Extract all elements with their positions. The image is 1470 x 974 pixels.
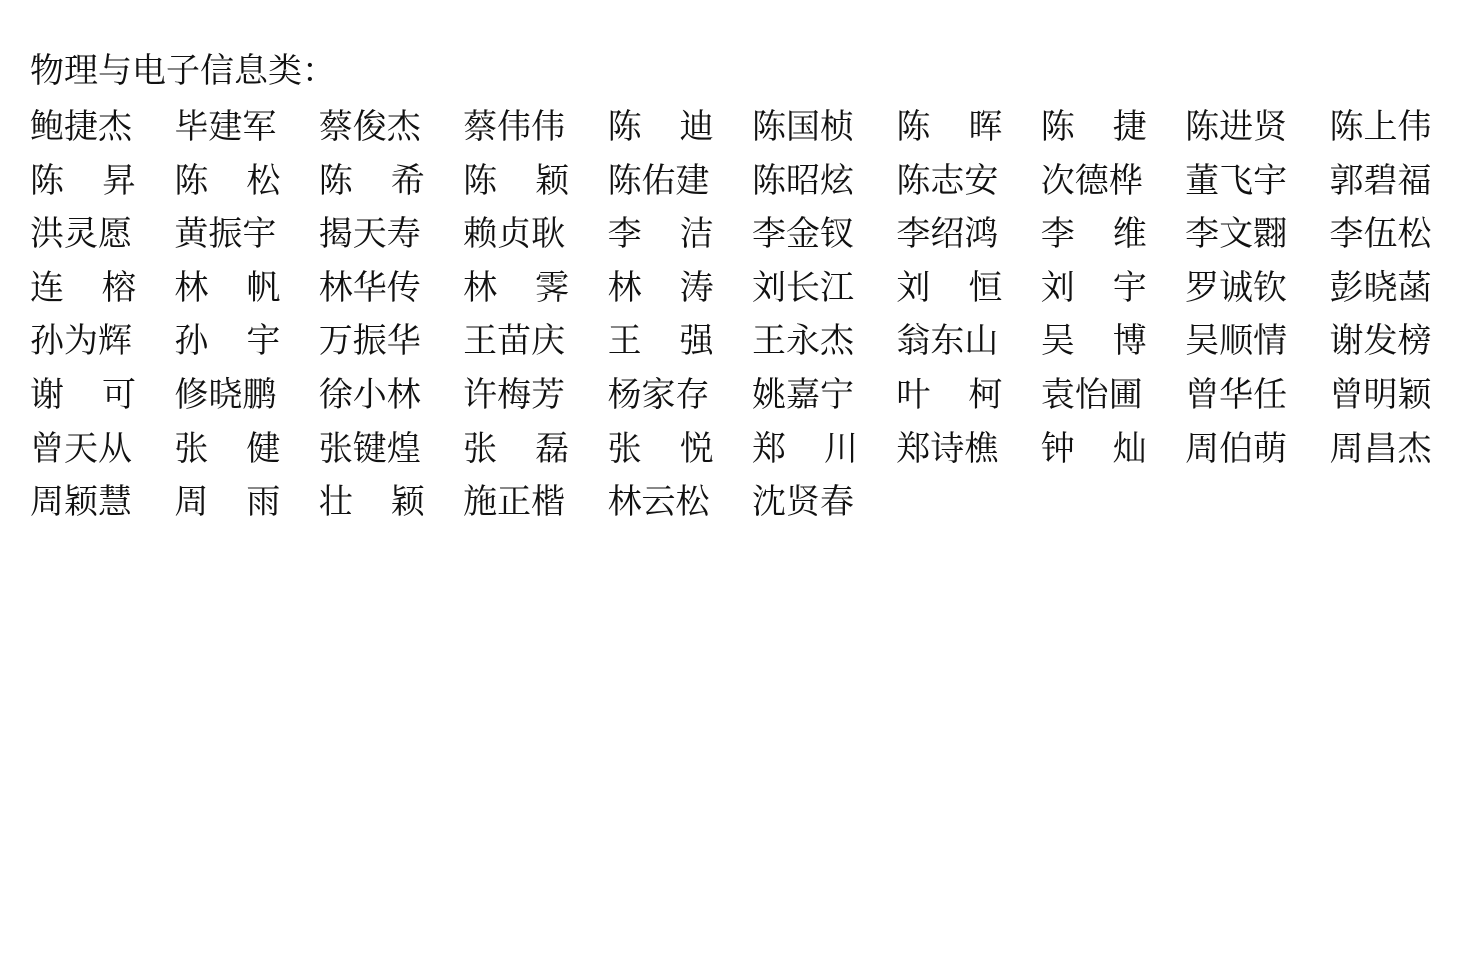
name-entry: 周雨: [174, 476, 280, 530]
name-entry: 蔡伟伟: [463, 101, 569, 155]
name-char: 洁: [680, 208, 714, 262]
name-char: 林: [463, 262, 497, 316]
name-char: 连: [30, 262, 64, 316]
name-char: 吴: [1041, 315, 1075, 369]
name-char: 可: [102, 369, 136, 423]
name-entry: 施正楷: [463, 476, 569, 530]
name-entry: 修晓鹏: [174, 369, 280, 423]
name-char: 灿: [1113, 423, 1147, 477]
name-entry: 陈捷: [1041, 101, 1147, 155]
name-entry: 陈晖: [896, 101, 1002, 155]
name-entry: 李洁: [608, 208, 714, 262]
name-char: 陈: [463, 155, 497, 209]
name-char: 晖: [968, 101, 1002, 155]
name-entry: 姚嘉宁: [752, 369, 858, 423]
name-char: 陈: [319, 155, 353, 209]
name-entry: 曾华任: [1185, 369, 1291, 423]
name-char: 林: [174, 262, 208, 316]
name-entry: 陈佑建: [608, 155, 714, 209]
name-entry: 袁怡圃: [1041, 369, 1147, 423]
name-char: 悦: [680, 423, 714, 477]
name-entry: 徐小林: [319, 369, 425, 423]
name-char: 宇: [1113, 262, 1147, 316]
name-entry: 林涛: [608, 262, 714, 316]
category-heading: 物理与电子信息类：: [30, 48, 1450, 94]
name-entry: 曾明颖: [1330, 369, 1436, 423]
name-entry: 周伯萌: [1185, 423, 1291, 477]
name-entry: 李文翾: [1185, 208, 1291, 262]
name-entry: 杨家存: [608, 369, 714, 423]
name-entry: 鲍捷杰: [30, 101, 136, 155]
name-entry: 陈颖: [463, 155, 569, 209]
name-entry: 王强: [608, 315, 714, 369]
name-char: 柯: [968, 369, 1002, 423]
name-entry: 翁东山: [896, 315, 1002, 369]
name-entry: 吴博: [1041, 315, 1147, 369]
name-char: 周: [174, 476, 208, 530]
name-char: 张: [174, 423, 208, 477]
name-entry: 赖贞耿: [463, 208, 569, 262]
name-entry: 陈希: [319, 155, 425, 209]
name-char: 张: [463, 423, 497, 477]
name-char: 希: [391, 155, 425, 209]
name-char: 张: [608, 423, 642, 477]
name-entry: 周昌杰: [1330, 423, 1436, 477]
name-char: 昇: [102, 155, 136, 209]
name-entry: 张磊: [463, 423, 569, 477]
name-char: 颖: [535, 155, 569, 209]
name-char: 郑: [752, 423, 786, 477]
name-entry: 毕建军: [174, 101, 280, 155]
name-char: 刘: [896, 262, 930, 316]
name-entry: 林帆: [174, 262, 280, 316]
name-entry: 谢可: [30, 369, 136, 423]
name-char: 涛: [680, 262, 714, 316]
name-char: 林: [608, 262, 642, 316]
name-entry: 许梅芳: [463, 369, 569, 423]
name-list: 鲍捷杰毕建军蔡俊杰蔡伟伟陈迪陈国桢陈晖陈捷陈进贤陈上伟陈昇陈松陈希陈颖陈佑建陈昭…: [30, 101, 1450, 530]
name-entry: 洪灵愿: [30, 208, 136, 262]
name-entry: 彭晓菡: [1330, 262, 1436, 316]
name-entry: 郑诗樵: [896, 423, 1002, 477]
name-entry: 陈昇: [30, 155, 136, 209]
name-char: 磊: [535, 423, 569, 477]
name-entry: 王苗庆: [463, 315, 569, 369]
name-entry: 陈上伟: [1330, 101, 1436, 155]
name-char: 陈: [174, 155, 208, 209]
name-entry: 钟灿: [1041, 423, 1147, 477]
name-char: 陈: [30, 155, 64, 209]
name-char: 博: [1113, 315, 1147, 369]
name-entry: 连榕: [30, 262, 136, 316]
name-entry: 罗诚钦: [1185, 262, 1291, 316]
name-entry: 周颖慧: [30, 476, 136, 530]
name-char: 叶: [896, 369, 930, 423]
name-char: 松: [246, 155, 280, 209]
name-char: 宇: [246, 315, 280, 369]
name-entry: 郑川: [752, 423, 858, 477]
name-char: 霁: [535, 262, 569, 316]
name-char: 李: [1041, 208, 1075, 262]
name-entry: 张悦: [608, 423, 714, 477]
name-entry: 陈松: [174, 155, 280, 209]
name-char: 榕: [102, 262, 136, 316]
name-entry: 刘恒: [896, 262, 1002, 316]
name-char: 帆: [246, 262, 280, 316]
name-entry: 张键煌: [319, 423, 425, 477]
name-entry: 揭天寿: [319, 208, 425, 262]
name-entry: 次德桦: [1041, 155, 1147, 209]
name-entry: 沈贤春: [752, 476, 858, 530]
name-entry: 孙为辉: [30, 315, 136, 369]
name-entry: 陈国桢: [752, 101, 858, 155]
name-char: 壮: [319, 476, 353, 530]
name-char: 陈: [608, 101, 642, 155]
document-page: 物理与电子信息类： 鲍捷杰毕建军蔡俊杰蔡伟伟陈迪陈国桢陈晖陈捷陈进贤陈上伟陈昇陈…: [30, 48, 1450, 530]
name-entry: 壮颖: [319, 476, 425, 530]
name-entry: 吴顺情: [1185, 315, 1291, 369]
name-char: 川: [824, 423, 858, 477]
name-char: 捷: [1113, 101, 1147, 155]
name-entry: 李维: [1041, 208, 1147, 262]
name-entry: 董飞宇: [1185, 155, 1291, 209]
name-entry: 李伍松: [1330, 208, 1436, 262]
name-entry: 陈进贤: [1185, 101, 1291, 155]
name-char: 陈: [896, 101, 930, 155]
name-entry: 林云松: [608, 476, 714, 530]
name-entry: 曾天从: [30, 423, 136, 477]
name-char: 刘: [1041, 262, 1075, 316]
name-entry: 陈志安: [896, 155, 1002, 209]
name-entry: 万振华: [319, 315, 425, 369]
name-char: 颖: [391, 476, 425, 530]
name-entry: 谢发榜: [1330, 315, 1436, 369]
name-char: 强: [680, 315, 714, 369]
name-char: 王: [608, 315, 642, 369]
name-entry: 林霁: [463, 262, 569, 316]
name-entry: 孙宇: [174, 315, 280, 369]
name-char: 钟: [1041, 423, 1075, 477]
name-char: 雨: [246, 476, 280, 530]
name-entry: 郭碧福: [1330, 155, 1436, 209]
name-char: 孙: [174, 315, 208, 369]
name-entry: 李绍鸿: [896, 208, 1002, 262]
name-char: 陈: [1041, 101, 1075, 155]
name-entry: 李金钗: [752, 208, 858, 262]
name-entry: 黄振宇: [174, 208, 280, 262]
name-entry: 林华传: [319, 262, 425, 316]
name-char: 李: [608, 208, 642, 262]
name-entry: 王永杰: [752, 315, 858, 369]
name-entry: 蔡俊杰: [319, 101, 425, 155]
name-entry: 叶柯: [896, 369, 1002, 423]
name-entry: 刘长江: [752, 262, 858, 316]
name-char: 维: [1113, 208, 1147, 262]
name-char: 迪: [680, 101, 714, 155]
name-char: 恒: [968, 262, 1002, 316]
name-entry: 张健: [174, 423, 280, 477]
name-entry: 陈昭炫: [752, 155, 858, 209]
name-entry: 陈迪: [608, 101, 714, 155]
name-char: 健: [246, 423, 280, 477]
name-char: 谢: [30, 369, 64, 423]
name-entry: 刘宇: [1041, 262, 1147, 316]
